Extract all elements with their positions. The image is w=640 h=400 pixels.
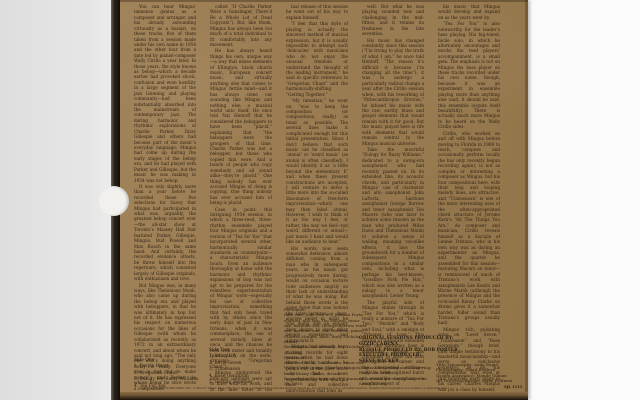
design-credits: Title Typography: Andy EngelPhotography:… [436, 362, 542, 384]
liner-notes-column-1: You can hear Mingus’ immense genius as a… [134, 4, 196, 399]
photo-of-album-back-cover: { "album": { "liner_notes": { "column1":… [0, 0, 640, 400]
production-credits-producers: ORIGINAL SESSIONS PRODUCED BY:OZZIE CADE… [359, 336, 463, 365]
cutout-hole-sticker [99, 186, 129, 216]
copyright-line: ℗ & © 1977 ARISTA RECORDS, INC., 6 West … [141, 387, 513, 390]
personnel-block: Personnel:Side One, Side Two #5: John La… [284, 307, 368, 387]
liner-notes-column-5-text: his music that Mingus would develop and … [438, 4, 500, 392]
cover-right-edge [525, 0, 528, 400]
cover-top-edge [120, 0, 528, 2]
side-two-tracks: 1. Smog L.A.2. Level Seven3. Transeason4… [209, 354, 253, 386]
album-back-cover: You can hear Mingus’ immense genius as a… [120, 0, 528, 400]
cover-bottom-edge [120, 392, 528, 400]
catalog-number: SJL 1113 [504, 385, 522, 389]
side-two-tracklist: Side Two 1. Smog L.A.2. Level Seven3. Tr… [209, 348, 253, 386]
liner-notes-column-2: called “If Charlie Parker Were a Gunslin… [210, 4, 272, 399]
side-one-tracklist: Side One 1. Purple Heart2. Gregorian Cha… [134, 358, 198, 390]
